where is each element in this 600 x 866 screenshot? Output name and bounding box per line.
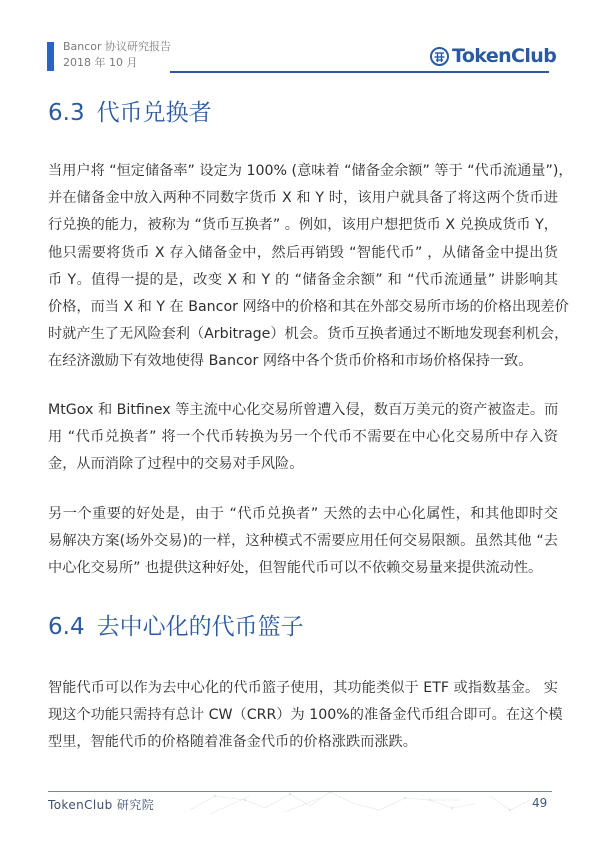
paragraph-6-4-1: 智能代币可以作为去中心化的代币篮子使用，其功能类似于 ETF 或指数基金。 实 …	[48, 675, 558, 757]
text-line: 在经济激励下有效地使得 Bancor 网络中各个货币价格和市场价格保持一致。	[48, 348, 558, 375]
text-line: MtGox 和 Bitfinex 等主流中心化交易所曾遭入侵，数百万美元的资产被…	[48, 397, 558, 424]
report-title: Bancor 协议研究报告	[63, 40, 171, 54]
footer-brand: TokenClub 研究院	[48, 796, 154, 813]
paragraph-6-3-3: 另一个重要的好处是，由于 “代币兑换者” 天然的去中心化属性，和其他即时交 易解…	[48, 501, 558, 583]
text-line: 他只需要将货币 X 存入储备金中，然后再销毁 “智能代币” ，从储备金中提出货	[48, 240, 558, 267]
text-line: 币 Y。值得一提的是，改变 X 和 Y 的 “储备金余额” 和 “代币流通量” …	[48, 267, 558, 294]
text-line: 型里，智能代币的价格随着准备金代币的价格涨跌而涨跌。	[48, 729, 558, 756]
section-number: 6.4	[48, 614, 85, 640]
section-title: 代币兑换者	[97, 100, 212, 126]
text-line: 用 “代币兑换者” 将一个代币转换为另一个代币不需要在中心化交易所中存入资	[48, 424, 558, 451]
page-number: 49	[532, 796, 547, 810]
text-line: 金，从而消除了过程中的交易对手风险。	[48, 451, 558, 478]
logo-text: TokenClub	[452, 44, 556, 68]
tokenclub-seal-icon	[430, 47, 449, 66]
section-heading-6-3: 6.3代币兑换者	[48, 98, 212, 128]
footer-divider	[48, 791, 552, 792]
text-line: 价格，而当 X 和 Y 在 Bancor 网络中的价格和其在外部交易所市场的价格…	[48, 294, 558, 321]
text-line: 中心化交易所” 也提供这种好处，但智能代币可以不依赖交易量来提供流动性。	[48, 555, 558, 582]
text-line: 现这个功能只需持有总计 CW（CRR）为 100%的准备金代币组合即可。在这个模	[48, 702, 558, 729]
section-heading-6-4: 6.4去中心化的代币篮子	[48, 612, 304, 642]
text-line: 易解决方案(场外交易)的一样，这种模式不需要应用任何交易限额。虽然其他 “去	[48, 528, 558, 555]
text-line: 时就产生了无风险套利（Arbitrage）机会。货币互换者通过不断地发现套利机会…	[48, 321, 558, 348]
header-divider	[170, 71, 549, 73]
text-line: 并在储备金中放入两种不同数字货币 X 和 Y 时，该用户就具备了将这两个货币进	[48, 185, 558, 212]
paragraph-6-3-1: 当用户将 “恒定储备率” 设定为 100% (意味着 “储备金余额” 等于 “代…	[48, 158, 558, 376]
section-title: 去中心化的代币篮子	[97, 614, 304, 640]
header-accent-bar	[47, 42, 54, 71]
text-line: 另一个重要的好处是，由于 “代币兑换者” 天然的去中心化属性，和其他即时交	[48, 501, 558, 528]
text-line: 智能代币可以作为去中心化的代币篮子使用，其功能类似于 ETF 或指数基金。 实	[48, 675, 558, 702]
report-date: 2018 年 10 月	[63, 56, 137, 70]
network-lines-decoration	[190, 790, 530, 820]
page-header: Bancor 协议研究报告 2018 年 10 月 TokenClub	[0, 0, 600, 80]
tokenclub-logo: TokenClub	[430, 44, 556, 68]
text-line: 当用户将 “恒定储备率” 设定为 100% (意味着 “储备金余额” 等于 “代…	[48, 158, 558, 185]
section-number: 6.3	[48, 100, 85, 126]
paragraph-6-3-2: MtGox 和 Bitfinex 等主流中心化交易所曾遭入侵，数百万美元的资产被…	[48, 397, 558, 479]
text-line: 行兑换的能力，被称为 “货币互换者” 。例如，该用户想把货币 X 兑换成货币 Y…	[48, 212, 558, 239]
